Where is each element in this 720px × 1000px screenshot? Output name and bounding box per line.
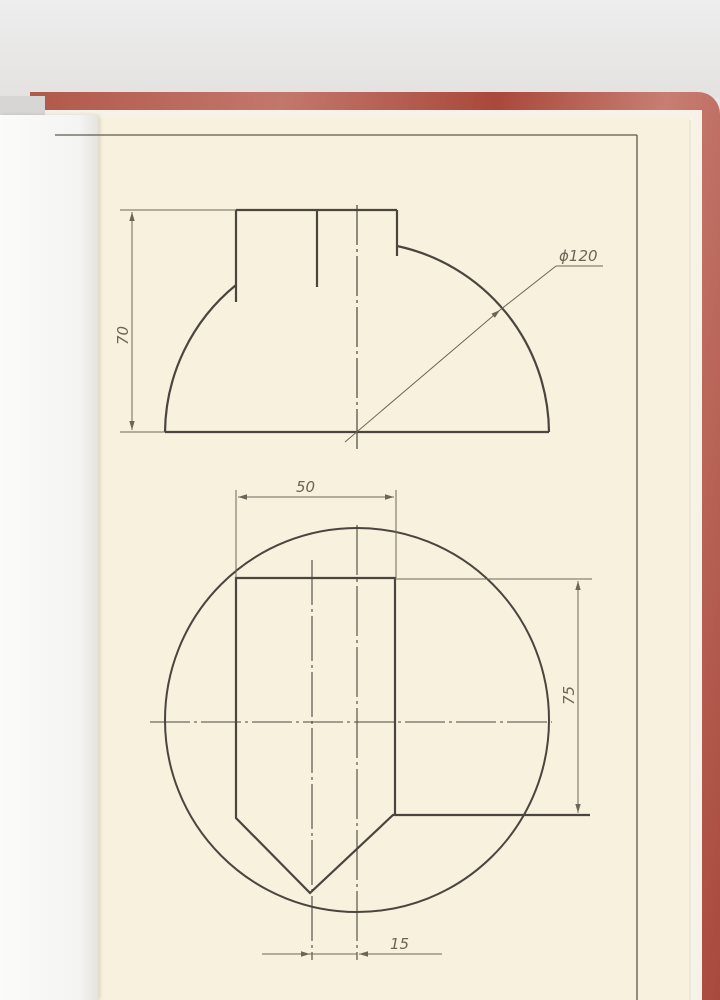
top-view-cutout xyxy=(236,578,590,893)
diameter-label: ϕ120 xyxy=(559,247,598,265)
width-dimension xyxy=(236,490,396,578)
height-dimension xyxy=(120,210,236,432)
sheet-frame xyxy=(55,135,637,1000)
width-label: 50 xyxy=(296,478,315,496)
offset-label: 15 xyxy=(390,935,409,953)
height-label: 70 xyxy=(114,326,132,345)
technical-drawing: 70 ϕ120 50 75 15 xyxy=(0,0,720,1000)
diameter-leader xyxy=(345,266,603,442)
length-label: 75 xyxy=(560,686,578,705)
top-center-lines xyxy=(150,525,552,960)
